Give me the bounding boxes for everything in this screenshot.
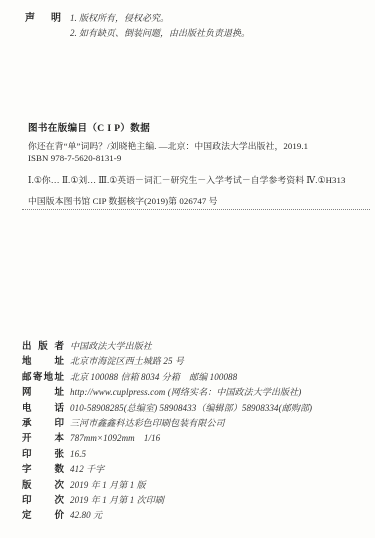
colophon-value: 42.80 元 — [70, 508, 102, 521]
colophon-value: 16.5 — [70, 449, 86, 459]
colophon-row-price: 定价 42.80 元 — [22, 507, 362, 522]
cip-isbn-line: ISBN 978-7-5620-8131-9 — [28, 153, 121, 163]
colophon-value: 412 千字 — [70, 462, 104, 475]
colophon-row-website: 网址 http://www.cuplpress.com (网络实名：中国政法大学… — [22, 384, 362, 399]
colophon-value: 北京市海淀区西土城路 25 号 — [70, 354, 184, 367]
copyright-page: 声明 1. 版权所有，侵权必究。 2. 如有缺页、倒装问题，由出版社负责退换。 … — [0, 0, 375, 538]
colophon-label: 邮寄地址 — [22, 369, 64, 383]
colophon-label: 出版者 — [22, 338, 64, 352]
cip-title-line: 你还在背“单”词吗？/刘晓艳主编. —北京：中国政法大学出版社，2019.1 — [28, 139, 308, 152]
colophon-value: 2019 年 1 月第 1 版 — [70, 478, 146, 491]
colophon-row-word-count: 字数 412 千字 — [22, 461, 362, 476]
colophon-label: 网址 — [22, 384, 64, 398]
colophon-value: 2019 年 1 月第 1 次印刷 — [70, 493, 164, 506]
colophon-row-publisher: 出版者 中国政法大学出版社 — [22, 338, 362, 353]
colophon-block: 出版者 中国政法大学出版社 地址 北京市海淀区西土城路 25 号 邮寄地址 北京… — [22, 338, 362, 523]
colophon-row-address: 地址 北京市海淀区西土城路 25 号 — [22, 353, 362, 368]
notice-item-2: 2. 如有缺页、倒装问题，由出版社负责退换。 — [70, 26, 250, 41]
colophon-label: 电话 — [22, 400, 64, 414]
colophon-value: http://www.cuplpress.com (网络实名：中国政法大学出版社… — [70, 385, 301, 398]
colophon-label: 承印 — [22, 415, 64, 429]
colophon-label: 字数 — [22, 461, 64, 475]
colophon-row-printer: 承印 三河市鑫鑫科达彩色印刷包装有限公司 — [22, 415, 362, 430]
colophon-value: 北京 100088 信箱 8034 分箱 邮编 100088 — [70, 370, 237, 383]
notice-items: 1. 版权所有，侵权必究。 2. 如有缺页、倒装问题，由出版社负责退换。 — [70, 11, 250, 41]
dotted-divider — [22, 209, 370, 210]
colophon-value: 010-58908285(总编室) 58908433（编辑部）58908334(… — [70, 401, 312, 414]
colophon-value: 三河市鑫鑫科达彩色印刷包装有限公司 — [70, 416, 225, 429]
cip-record-line: 中国版本图书馆 CIP 数据核字(2019)第 026747 号 — [28, 194, 218, 207]
colophon-label: 定价 — [22, 507, 64, 521]
colophon-label: 地址 — [22, 353, 64, 367]
colophon-row-sheets: 印张 16.5 — [22, 446, 362, 461]
colophon-row-format: 开本 787mm×1092mm 1/16 — [22, 430, 362, 445]
cip-class-line: Ⅰ.①你… Ⅱ.①刘… Ⅲ.①英语－词汇－研究生－入学考试－自学参考资料 Ⅳ.①… — [28, 173, 346, 186]
colophon-row-mailing-address: 邮寄地址 北京 100088 信箱 8034 分箱 邮编 100088 — [22, 369, 362, 384]
copyright-notice: 声明 1. 版权所有，侵权必究。 2. 如有缺页、倒装问题，由出版社负责退换。 — [25, 11, 250, 41]
colophon-row-impression: 印次 2019 年 1 月第 1 次印刷 — [22, 492, 362, 507]
notice-label: 声明 — [25, 11, 61, 26]
colophon-row-phone: 电话 010-58908285(总编室) 58908433（编辑部）589083… — [22, 400, 362, 415]
colophon-row-edition: 版次 2019 年 1 月第 1 版 — [22, 477, 362, 492]
colophon-value: 中国政法大学出版社 — [70, 339, 152, 352]
cip-header: 图书在版编目（C I P）数据 — [28, 120, 150, 134]
colophon-label: 印次 — [22, 492, 64, 506]
colophon-label: 版次 — [22, 477, 64, 491]
notice-item-1: 1. 版权所有，侵权必究。 — [70, 11, 250, 26]
colophon-value: 787mm×1092mm 1/16 — [70, 431, 160, 444]
colophon-label: 印张 — [22, 446, 64, 460]
colophon-label: 开本 — [22, 430, 64, 444]
